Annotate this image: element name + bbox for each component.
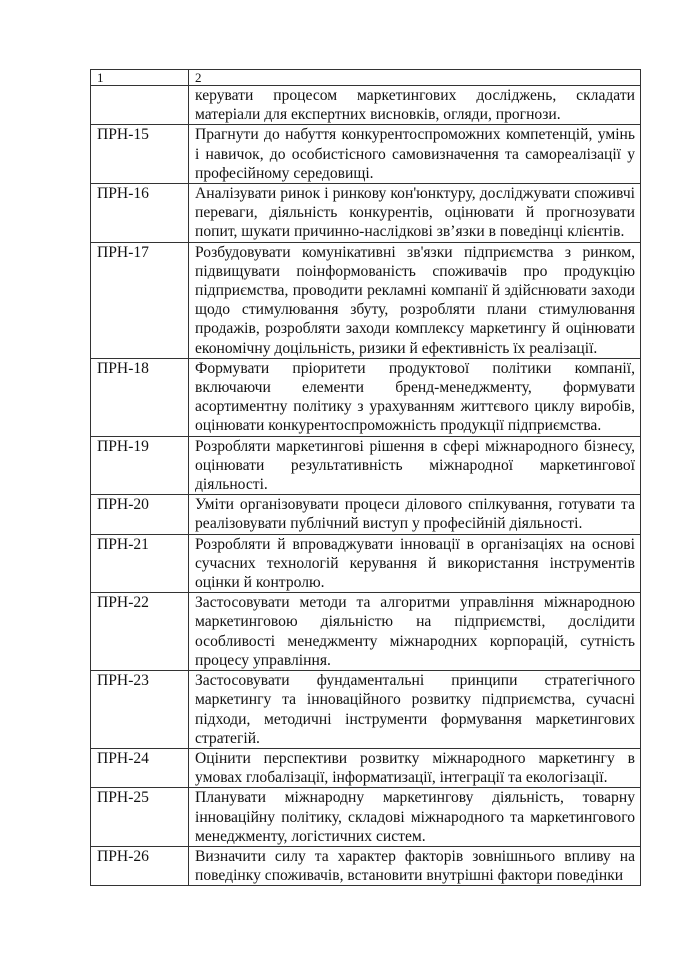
outcome-code: ПРН-15 [91,125,189,184]
column-number-2: 2 [189,70,641,86]
outcome-description: Уміти організовувати процеси ділового сп… [189,495,641,534]
table-row: ПРН-22 Застосовувати методи та алгоритми… [91,593,641,671]
outcome-code: ПРН-26 [91,846,189,885]
table-row: ПРН-17 Розбудовувати комунікативні зв'яз… [91,242,641,358]
table-row: ПРН-25 Планувати міжнародну маркетингову… [91,788,641,847]
outcome-description: Формувати пріоритети продуктової політик… [189,358,641,436]
outcome-code: ПРН-22 [91,593,189,671]
table-row: ПРН-26 Визначити силу та характер фактор… [91,846,641,885]
outcome-code: ПРН-20 [91,495,189,534]
table-row: ПРН-15 Прагнути до набуття конкурентоспр… [91,125,641,184]
outcome-description: Застосовувати фундаментальні принципи ст… [189,671,641,749]
table-row: керувати процесом маркетингових дослідже… [91,86,641,125]
outcome-description: Розробляти маркетингові рішення в сфері … [189,436,641,495]
outcome-description: керувати процесом маркетингових дослідже… [189,86,641,125]
table-header-row: 1 2 [91,70,641,86]
outcome-code: ПРН-24 [91,748,189,787]
outcome-code: ПРН-18 [91,358,189,436]
table-row: ПРН-24 Оцінити перспективи розвитку міжн… [91,748,641,787]
outcome-code: ПРН-21 [91,534,189,593]
outcome-description: Застосовувати методи та алгоритми управл… [189,593,641,671]
outcome-code [91,86,189,125]
outcome-description: Прагнути до набуття конкурентоспроможних… [189,125,641,184]
outcome-code: ПРН-17 [91,242,189,358]
outcome-description: Планувати міжнародну маркетингову діяльн… [189,788,641,847]
outcome-description: Розробляти й впроваджувати інновації в о… [189,534,641,593]
outcome-code: ПРН-25 [91,788,189,847]
table-row: ПРН-23 Застосовувати фундаментальні прин… [91,671,641,749]
outcome-code: ПРН-19 [91,436,189,495]
outcome-description: Розбудовувати комунікативні зв'язки підп… [189,242,641,358]
outcome-description: Аналізувати ринок і ринкову кон'юнктуру,… [189,184,641,243]
table-row: ПРН-21 Розробляти й впроваджувати іннова… [91,534,641,593]
column-number-1: 1 [91,70,189,86]
outcome-description: Оцінити перспективи розвитку міжнародног… [189,748,641,787]
outcome-code: ПРН-16 [91,184,189,243]
outcome-description: Визначити силу та характер факторів зовн… [189,846,641,885]
table-row: ПРН-16 Аналізувати ринок і ринкову кон'ю… [91,184,641,243]
learning-outcomes-table: 1 2 керувати процесом маркетингових досл… [90,69,641,886]
table-row: ПРН-19 Розробляти маркетингові рішення в… [91,436,641,495]
outcome-code: ПРН-23 [91,671,189,749]
table-row: ПРН-20 Уміти організовувати процеси діло… [91,495,641,534]
table-row: ПРН-18 Формувати пріоритети продуктової … [91,358,641,436]
